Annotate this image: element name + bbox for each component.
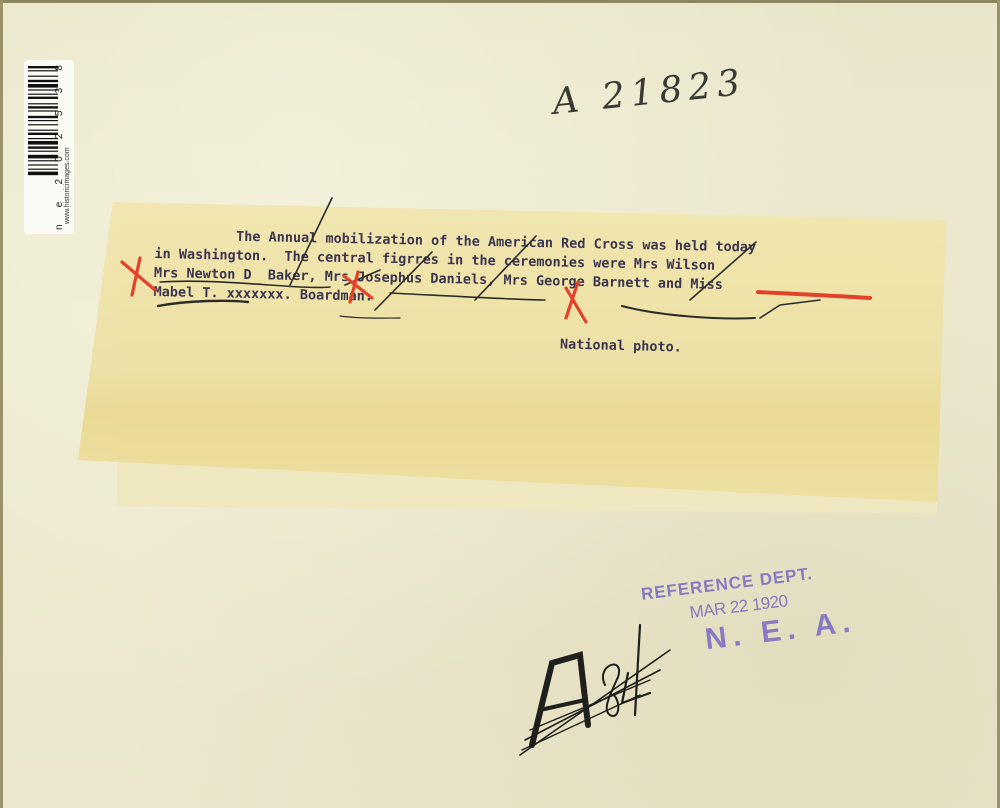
paper-edge-top — [0, 0, 1000, 3]
barcode-url: www.historicimages.com — [64, 147, 71, 224]
barcode-label: n e 2 0 2 5 3 8 www.historicimages.com — [24, 60, 74, 234]
crossed-out-handwritten-mark — [510, 615, 680, 765]
paper-edge-left — [0, 0, 3, 808]
caption-credit: National photo. — [560, 336, 682, 355]
typed-caption: The Annual mobilization of the American … — [153, 226, 874, 317]
